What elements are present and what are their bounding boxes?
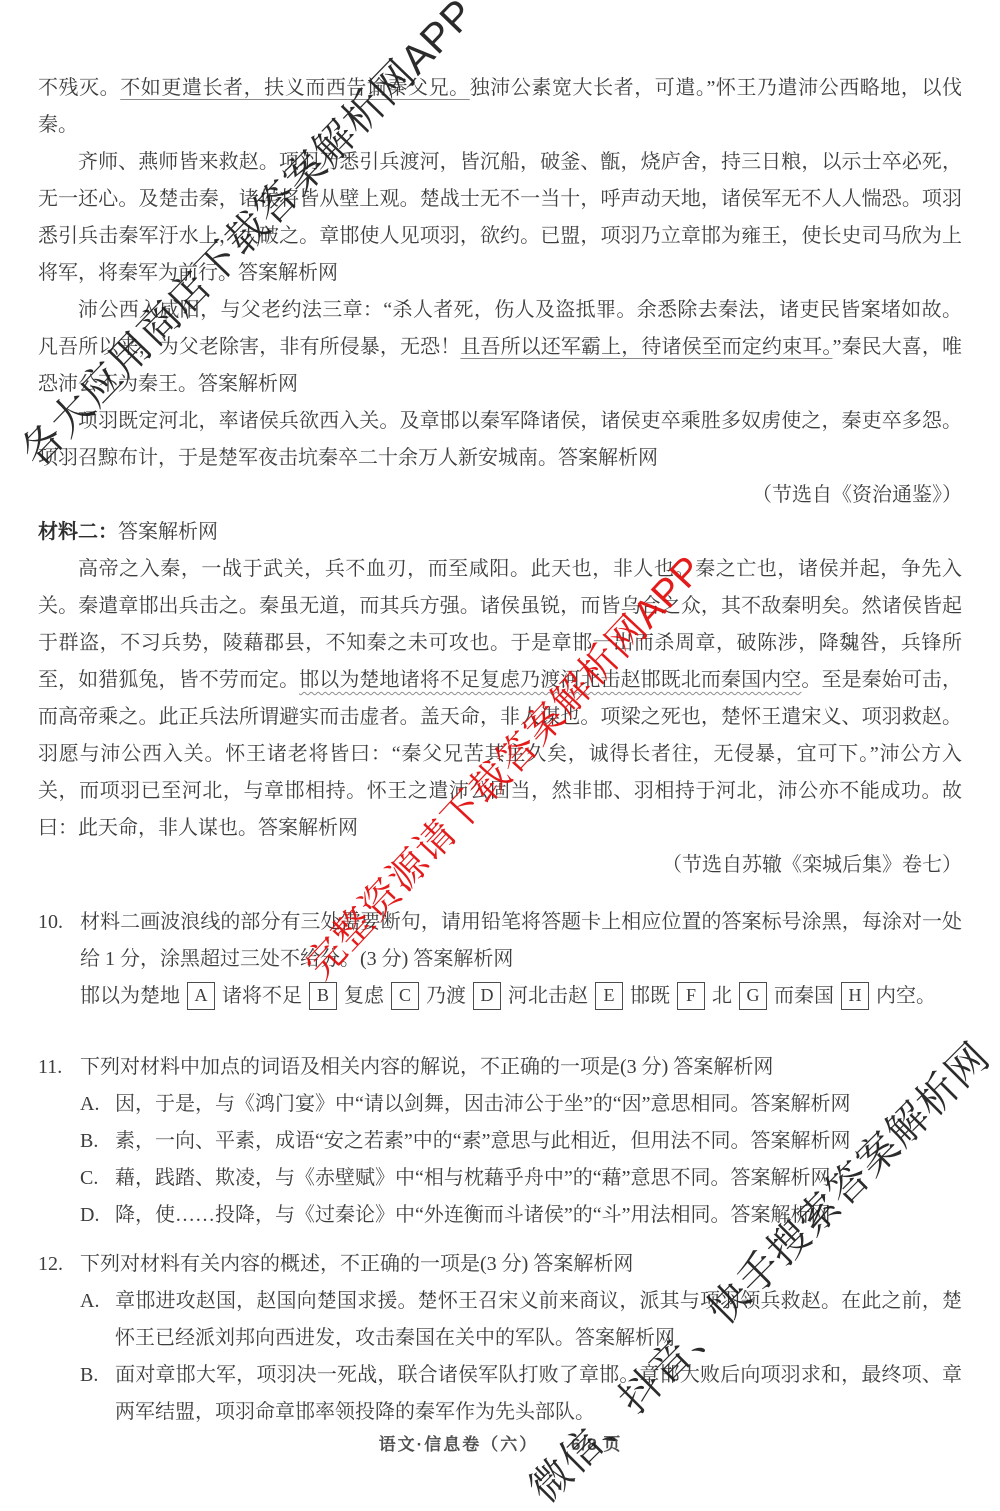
text-run: 邯以为楚地 bbox=[80, 985, 180, 1007]
text-run: 素 bbox=[531, 77, 552, 99]
passage1-paragraph-2: 齐师、燕师皆来救赵。项羽乃悉引兵渡河，皆沉船，破釜、甑，烧庐舍，持三日粮，以示士… bbox=[38, 144, 962, 292]
text-run: 乃渡 bbox=[426, 985, 466, 1007]
exam-page-scan: 不残灭。不如更遣长者，扶义而西告谕秦父兄。独沛公素宽大长者，可遣。”怀王乃遣沛公… bbox=[0, 0, 1000, 1511]
question-12-option-a: A.章邯进攻赵国，赵国向楚国求援。楚怀王召宋义前来商议，派其与项羽领兵救赵。在此… bbox=[80, 1283, 962, 1357]
text-run: 材料二： bbox=[38, 521, 118, 543]
question-10: 10.材料二画波浪线的部分有三处需要断句，请用铅笔将答题卡上相应位置的答案标号涂… bbox=[38, 904, 962, 978]
text-run: 项羽既定河北，率诸侯兵欲西入关。及章邯以秦军降诸侯，诸侯吏卒乘胜多奴虏使之，秦吏… bbox=[38, 410, 962, 469]
text-run: 下列对材料有关内容的概述，不正确的一项是(3 分) 答案解析网 bbox=[80, 1253, 633, 1275]
page-footer: 语文·信息卷（六） 6/8 页 bbox=[0, 1430, 1000, 1455]
passage1-paragraph-4: 项羽既定河北，率诸侯兵欲西入关。及章邯以秦军降诸侯，诸侯吏卒乘胜多奴虏使之，秦吏… bbox=[38, 403, 962, 477]
text-run: 内空。 bbox=[876, 985, 936, 1007]
text-run: 诸将不足 bbox=[222, 985, 302, 1007]
passage1-paragraph-1: 不残灭。不如更遣长者，扶义而西告谕秦父兄。独沛公素宽大长者，可遣。”怀王乃遣沛公… bbox=[38, 70, 962, 144]
text-run: 北 bbox=[712, 985, 732, 1007]
item-number: D. bbox=[80, 1197, 115, 1234]
passage2-source: （节选自苏辙《栾城后集》卷七） bbox=[38, 847, 962, 884]
item-number: 12. bbox=[38, 1246, 80, 1283]
text-run: 下列对材料中加点的词语及相关内容的解说，不正确的一项是(3 分) 答案解析网 bbox=[80, 1056, 773, 1078]
question-11-option-d: D.降，使……投降，与《过秦论》中“外连衡而斗诸侯”的“斗”用法相同。答案解析网 bbox=[80, 1197, 962, 1234]
question-11-option-a: A.因，于是，与《鸿门宴》中“请以剑舞，因击沛公于坐”的“因”意思相同。答案解析… bbox=[80, 1086, 962, 1123]
text-run: （节选自苏辙《栾城后集》卷七） bbox=[662, 854, 962, 876]
text-run: 。至是秦始可击，而高帝乘之。此正兵法所谓避实而击虚者。盖天命，非人谋也。项梁之死… bbox=[38, 669, 962, 839]
footer-page-number: 6/8 页 bbox=[571, 1435, 621, 1454]
text-run: 素，一向、平素，成语“安之若素”中的“素”意思与此相近，但用法不同。答案解析网 bbox=[115, 1130, 851, 1152]
text-run: 材料二画波浪线的部分有三处需要断句，请用铅笔将答题卡上相应位置的答案标号涂黑，每… bbox=[80, 911, 962, 970]
footer-exam-title: 语文·信息卷（六） bbox=[379, 1435, 539, 1454]
text-run: 郡县，不知秦之未可攻也。于是章邯一出而杀周章，破陈涉， bbox=[264, 632, 819, 654]
text-run: 因，于是，与《鸿门宴》中“请以剑舞，因击沛公于坐”的“因”意思相同。答案解析网 bbox=[115, 1093, 851, 1115]
answer-box-b: B bbox=[309, 982, 337, 1010]
item-number: A. bbox=[80, 1086, 115, 1123]
text-run: 独沛公 bbox=[470, 77, 532, 99]
item-number: A. bbox=[80, 1283, 115, 1320]
item-number: B. bbox=[80, 1357, 115, 1394]
question-11: 11.下列对材料中加点的词语及相关内容的解说，不正确的一项是(3 分) 答案解析… bbox=[38, 1049, 962, 1086]
question-11-option-c: C.藉，践踏、欺凌，与《赤壁赋》中“相与枕藉乎舟中”的“藉”意思不同。答案解析网 bbox=[80, 1160, 962, 1197]
text-run: 答案解析网 bbox=[118, 521, 218, 543]
passage1-paragraph-3: 沛公西入咸阳，与父老约法三章：“杀人者死，伤人及盗抵罪。余悉除去秦法，诸吏民皆案… bbox=[38, 292, 962, 403]
text-run: 降，使……投降，与《过秦论》中“外连衡而斗诸侯”的“斗”用法相同。答案解析网 bbox=[115, 1204, 831, 1226]
text-run: 而秦国 bbox=[774, 985, 834, 1007]
text-run: 降 bbox=[819, 632, 840, 654]
item-number: 11. bbox=[38, 1049, 80, 1086]
item-number: C. bbox=[80, 1160, 115, 1197]
item-number: B. bbox=[80, 1123, 115, 1160]
text-run: 且吾所以还军霸上，待诸侯至而定约束耳。 bbox=[460, 336, 832, 358]
exam-page-content: 不残灭。不如更遣长者，扶义而西告谕秦父兄。独沛公素宽大长者，可遣。”怀王乃遣沛公… bbox=[38, 70, 962, 1431]
text-run: 章邯进攻赵国，赵国向楚国求援。楚怀王召宋义前来商议，派其与项羽领兵救赵。在此之前… bbox=[115, 1290, 962, 1349]
text-run: 河北击赵 bbox=[508, 985, 588, 1007]
answer-box-g: G bbox=[739, 982, 767, 1010]
passage1-source: （节选自《资治通鉴》） bbox=[38, 477, 962, 514]
material2-label: 材料二：答案解析网 bbox=[38, 514, 962, 551]
text-run: 邯既 bbox=[630, 985, 670, 1007]
text-run: （节选自《资治通鉴》） bbox=[752, 484, 962, 506]
answer-box-c: C bbox=[391, 982, 419, 1010]
question-12-option-b: B.面对章邯大军，项羽决一死战，联合诸侯军队打败了章邯。章邯大败后向项羽求和，最… bbox=[80, 1357, 962, 1431]
answer-box-e: E bbox=[595, 982, 623, 1010]
passage2-paragraph-1: 高帝之入秦，一战于武关，兵不血刃，而至咸阳。此天也，非人也。秦之亡也，诸侯并起，… bbox=[38, 551, 962, 847]
text-run: 复虑 bbox=[344, 985, 384, 1007]
text-run: 藉，践踏、欺凌，与《赤壁赋》中“相与枕藉乎舟中”的“藉”意思不同。答案解析网 bbox=[115, 1167, 831, 1189]
text-run: 藉 bbox=[243, 632, 264, 654]
question-12: 12.下列对材料有关内容的概述，不正确的一项是(3 分) 答案解析网 bbox=[38, 1246, 962, 1283]
item-number: 10. bbox=[38, 904, 80, 941]
answer-box-a: A bbox=[187, 982, 215, 1010]
question-10-break-sentence: 邯以为楚地A诸将不足B复虑C乃渡D河北击赵E邯既F北G而秦国H内空。 bbox=[80, 978, 962, 1015]
answer-box-f: F bbox=[677, 982, 705, 1010]
text-run: 面对章邯大军，项羽决一死战，联合诸侯军队打败了章邯。章邯大败后向项羽求和，最终项… bbox=[115, 1364, 962, 1423]
text-run: 不残灭。 bbox=[38, 77, 120, 99]
answer-box-d: D bbox=[473, 982, 501, 1010]
text-run: 齐师、燕师皆来救赵。项羽乃悉引兵渡河，皆沉船，破釜、甑，烧庐舍，持三日粮，以示士… bbox=[38, 151, 962, 284]
text-run: 邯以为楚地诸将不足复虑乃渡河北击赵邯既北而秦国内空 bbox=[299, 669, 801, 691]
answer-box-h: H bbox=[841, 982, 869, 1010]
text-run: 不如更遣长者，扶义而西告谕秦父兄。 bbox=[120, 77, 470, 99]
question-11-option-b: B.素，一向、平素，成语“安之若素”中的“素”意思与此相近，但用法不同。答案解析… bbox=[80, 1123, 962, 1160]
